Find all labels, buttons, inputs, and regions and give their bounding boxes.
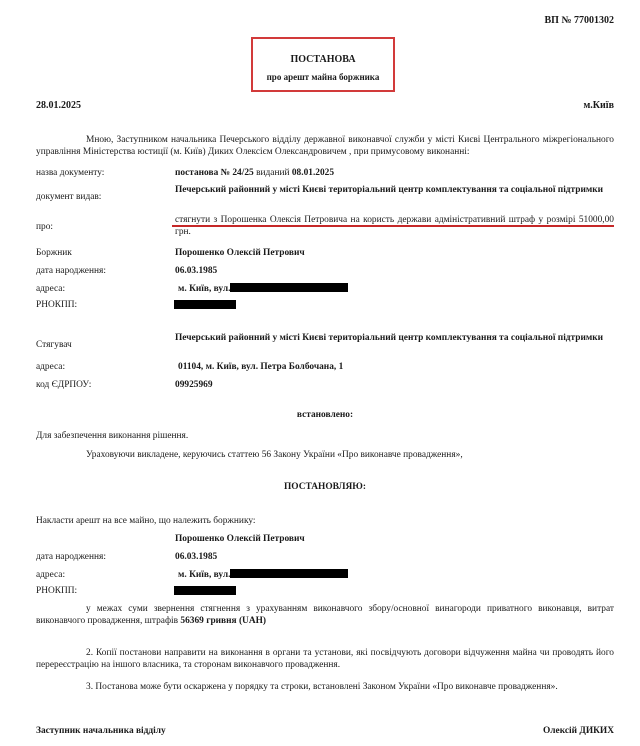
resolve-limit-text: у межах суми звернення стягнення з ураху… <box>36 604 614 626</box>
resolve-item2: 2. Копії постанови направити на виконанн… <box>36 647 614 671</box>
resolve-dob-label: дата народження: <box>36 551 106 563</box>
resolve-rnokpp-redacted <box>174 586 236 598</box>
creditor-address-label: адреса: <box>36 361 65 373</box>
resolve-address: м. Київ, вул. <box>178 569 617 581</box>
resolve-limit: у межах суми звернення стягнення з ураху… <box>36 603 614 627</box>
intro-paragraph: Мною, Заступником начальника Печерського… <box>36 134 614 158</box>
redaction-bar <box>230 569 348 578</box>
resolve-address-text: м. Київ, вул. <box>178 570 230 580</box>
debtor-label: Боржник <box>36 247 72 259</box>
resolve-item3: 3. Постанова може бути оскаржена у поряд… <box>36 681 614 693</box>
debtor-rnokpp-label: РНОКПП: <box>36 299 77 311</box>
resolve-heading: ПОСТАНОВЛЯЮ: <box>36 481 614 493</box>
about-label: про: <box>36 221 53 233</box>
red-underline <box>172 225 614 227</box>
document-title: ПОСТАНОВА <box>253 53 393 66</box>
debtor-name: Порошенко Олексій Петрович <box>175 247 614 259</box>
redaction-bar <box>230 283 348 292</box>
creditor-edrpou-label: код ЄДРПОУ: <box>36 379 91 391</box>
established-text2: Ураховуючи викладене, керуючись статтею … <box>36 449 614 461</box>
doc-name-mid: виданий <box>254 168 292 178</box>
redaction-bar <box>174 586 236 595</box>
issuer-value: Печерський районний у місті Києві терито… <box>175 184 614 196</box>
resolve-address-label: адреса: <box>36 569 65 581</box>
debtor-address: м. Київ, вул. <box>178 283 617 295</box>
document-city: м.Київ <box>583 99 614 112</box>
creditor-address: 01104, м. Київ, вул. Петра Болбочана, 1 <box>178 361 617 373</box>
doc-name-value: постанова № 24/25 виданий 08.01.2025 <box>175 167 614 179</box>
creditor-edrpou: 09925969 <box>175 379 614 391</box>
issuer-label: документ видав: <box>36 191 101 203</box>
doc-name-bold: постанова № 24/25 <box>175 168 254 178</box>
resolve-item1: Накласти арешт на все майно, що належить… <box>36 515 614 527</box>
debtor-rnokpp-redacted <box>174 300 236 312</box>
resolve-rnokpp-label: РНОКПП: <box>36 585 77 597</box>
resolve-limit-amount: 56369 гривня (UAH) <box>180 616 266 626</box>
creditor-label: Стягувач <box>36 339 72 351</box>
doc-name-date: 08.01.2025 <box>292 168 334 178</box>
debtor-address-text: м. Київ, вул. <box>178 284 230 294</box>
debtor-dob: 06.03.1985 <box>175 265 614 277</box>
signature-position: Заступник начальника відділу <box>36 725 166 737</box>
resolve-dob: 06.03.1985 <box>175 551 614 563</box>
established-text1: Для забезпечення виконання рішення. <box>36 430 614 442</box>
established-heading: встановлено: <box>36 409 614 421</box>
document-date: 28.01.2025 <box>36 99 81 112</box>
debtor-address-label: адреса: <box>36 283 65 295</box>
case-number: ВП № 77001302 <box>545 14 615 27</box>
doc-name-label: назва документу: <box>36 167 104 179</box>
redaction-bar <box>174 300 236 309</box>
debtor-dob-label: дата народження: <box>36 265 106 277</box>
resolve-debtor-name: Порошенко Олексій Петрович <box>175 533 614 545</box>
title-box: ПОСТАНОВА про арешт майна боржника <box>251 37 395 92</box>
signature-name: Олексій ДИКИХ <box>543 725 614 737</box>
creditor-name: Печерський районний у місті Києві терито… <box>175 332 614 344</box>
document-subtitle: про арешт майна боржника <box>253 72 393 84</box>
